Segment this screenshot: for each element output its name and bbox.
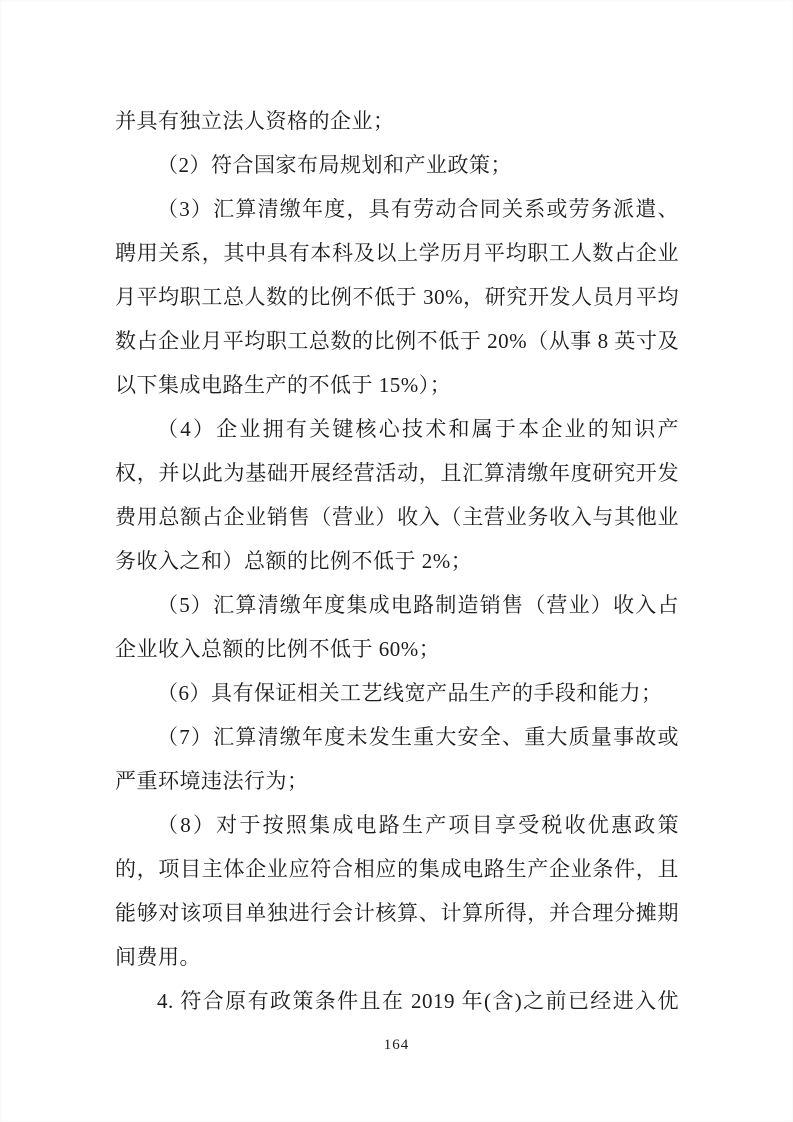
paragraph: 4. 符合原有政策条件且在 2019 年(含)之前已经进入优 — [115, 979, 679, 1023]
document-page: 并具有独立法人资格的企业；（2）符合国家布局规划和产业政策；（3）汇算清缴年度，… — [0, 0, 793, 1122]
paragraph: 并具有独立法人资格的企业； — [115, 99, 679, 143]
paragraph: （4）企业拥有关键核心技术和属于本企业的知识产权，并以此为基础开展经营活动，且汇… — [115, 407, 679, 583]
paragraph: （8）对于按照集成电路生产项目享受税收优惠政策的，项目主体企业应符合相应的集成电… — [115, 803, 679, 979]
paragraph: （5）汇算清缴年度集成电路制造销售（营业）收入占企业收入总额的比例不低于 60%… — [115, 583, 679, 671]
page-number: 164 — [384, 1037, 410, 1053]
paragraph: （3）汇算清缴年度，具有劳动合同关系或劳务派遣、聘用关系，其中具有本科及以上学历… — [115, 187, 679, 407]
document-body: 并具有独立法人资格的企业；（2）符合国家布局规划和产业政策；（3）汇算清缴年度，… — [115, 99, 679, 1023]
page-footer: 164 — [0, 1036, 793, 1054]
paragraph: （2）符合国家布局规划和产业政策； — [115, 143, 679, 187]
paragraph: （6）具有保证相关工艺线宽产品生产的手段和能力； — [115, 671, 679, 715]
paragraph: （7）汇算清缴年度未发生重大安全、重大质量事故或严重环境违法行为； — [115, 715, 679, 803]
